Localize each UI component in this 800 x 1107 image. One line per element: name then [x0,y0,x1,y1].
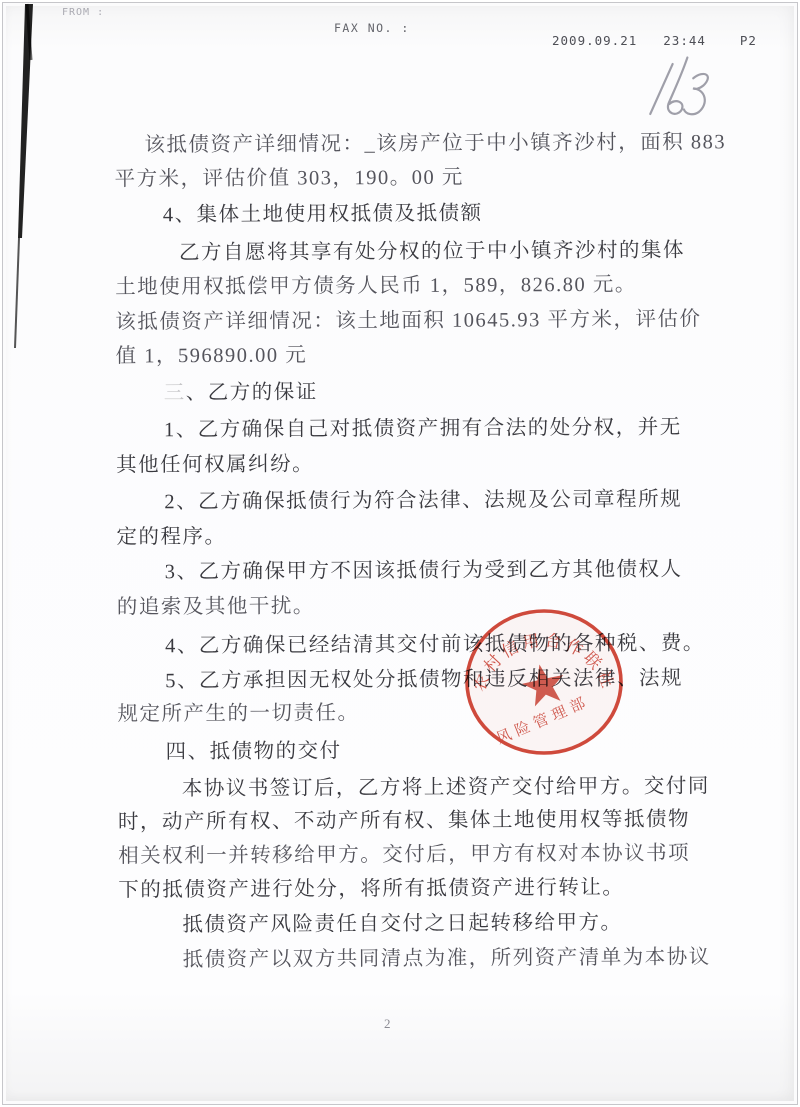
document-line: 的追索及其他干扰。 [117,588,315,619]
page-number: 2 [384,1016,391,1032]
document-line: 定的程序。 [116,519,226,550]
document-body: 该抵债资产详细情况：_该房产位于中小镇齐沙村，面积 883 平方米，评估价值 3… [0,0,800,1107]
document-line: 抵债资产风险责任自交付之日起转移给甲方。 [118,905,622,938]
document-line: 相关权利一并转移给甲方。交付后，甲方有权对本协议书项 [118,835,690,868]
document-line: 下的抵债资产进行处分，将所有抵债资产进行转让。 [118,870,624,903]
document-line: 四、抵债物的交付 [118,733,342,764]
fax-scan-screenshot: FROM : FAX NO. : 2009.09.21 23:44 P2 163… [0,0,800,1107]
document-line: 3、乙方确保甲方不因该抵债行为受到乙方其他债权人 [117,552,683,585]
document-line: 1、乙方确保自己对抵债资产拥有合法的处分权，并无 [116,410,682,443]
document-line: 2、乙方确保抵债行为符合法律、法规及公司章程所规 [116,482,682,515]
document-line: 规定所产生的一切责任。 [117,695,359,726]
document-line: 时，动产所有权、不动产所有权、集体土地使用权等抵债物 [118,801,690,834]
document-line: 平方米，评估价值 303，190。00 元 [115,160,464,192]
section-heading-text: 、乙方的保证 [186,381,318,404]
document-line: 该抵债资产详细情况：该土地面积 10645.93 平方米，评估价 [115,301,701,334]
scan-streak-artifact [0,0,46,360]
red-seal-stamp: 农村信用合作联社 风险管理部 [460,604,628,762]
document-line: 4、集体土地使用权抵债及抵债额 [115,196,483,228]
document-line: 值 1，596890.00 元 [115,337,307,368]
document-line: 本协议书签订后，乙方将上述资产交付给甲方。交付同 [118,768,710,801]
document-line: 乙方自愿将其享有处分权的位于中小镇齐沙村的集体 [115,233,685,266]
document-line: 该抵债资产详细情况：_该房产位于中小镇齐沙村，面积 883 [114,124,726,157]
document-line: 三、乙方的保证 [116,374,318,405]
document-line: 抵债资产以双方共同清点为准，所列资产清单为本协议 [119,939,711,972]
faded-character: 三 [164,382,186,404]
document-line: 其他任何权属纠纷。 [116,446,314,477]
document-line: 土地使用权抵偿甲方债务人民币 1，589，826.80 元。 [115,267,637,300]
